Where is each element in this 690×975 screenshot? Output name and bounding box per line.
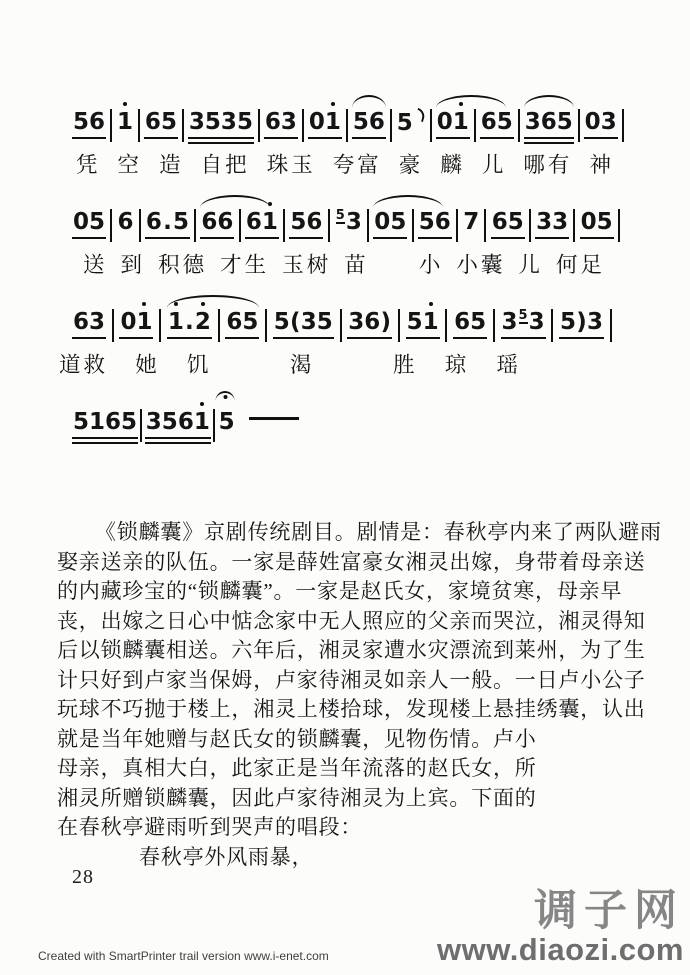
note-text: 51 [406, 309, 440, 339]
note-digit: 6 [306, 209, 322, 235]
paragraph-line: 就是当年她赠与赵氏女的锁麟囊，见物伤情。卢小 [57, 725, 645, 755]
lyric-syllable: 豪 [399, 151, 424, 179]
measure-row: 5616535356301565016536503 [72, 92, 624, 142]
note-text: 53 [334, 209, 363, 237]
note-group: 3561 [145, 409, 211, 439]
note-digit: 0 [374, 209, 390, 235]
lyric-syllable: 玉树 [282, 251, 331, 279]
barline [218, 309, 220, 342]
barline [610, 309, 612, 342]
barline [239, 209, 241, 242]
note-group: 33 [535, 209, 569, 239]
note-group: 53 [334, 209, 363, 237]
barline [182, 109, 184, 142]
note-digit: 5 [242, 309, 258, 335]
note-group: 5(35 [273, 309, 334, 339]
lyric-syllable: 道救 [59, 351, 108, 379]
paragraph-line: 在春秋亭避雨听到哭声的唱段： [57, 813, 645, 843]
note-digit: 1 [194, 409, 210, 435]
note-digit: 5 [353, 109, 369, 135]
note-digit: 0 [309, 109, 325, 135]
lyric-row: 凭空造自把珠玉夸富豪麟儿哪有神 [76, 151, 614, 179]
lyric-syllable: 麟 [440, 151, 465, 179]
page-number: 28 [72, 866, 94, 889]
note-digit: 3 [281, 109, 297, 135]
barline [578, 109, 580, 142]
watermark: 调子网 www.diaozi.com [437, 889, 684, 967]
lyric-syllable: 哪有 [523, 151, 572, 179]
note-group: 353 [501, 309, 546, 339]
note-digit: 6 [178, 409, 194, 435]
note-text: 56 [72, 109, 106, 139]
barline [283, 209, 285, 242]
note-group: 65 [491, 209, 525, 239]
barline [474, 109, 476, 142]
note-group: 05 [72, 209, 106, 239]
paragraph-line: 丧，出嫁之日心中惦念家中无人照应的父亲而哭泣，湘灵得知 [57, 607, 645, 637]
note-digit: ) [576, 309, 587, 335]
note-digit: 0 [437, 109, 453, 135]
note-digit: 3 [502, 309, 518, 335]
barline [340, 309, 342, 342]
note-text: 01 [436, 109, 470, 139]
note-text: 5165 [72, 409, 138, 439]
note-digit: 5 [219, 409, 235, 435]
barline [346, 109, 348, 142]
note-digit: 3 [525, 109, 541, 135]
note-digit: 5 [407, 309, 423, 335]
grace-note: 5 [519, 309, 528, 324]
barline [430, 109, 432, 142]
barline [573, 209, 575, 242]
note-group: 65 [144, 109, 178, 139]
note-text: 66 [200, 209, 234, 239]
lyric-syllable [382, 251, 406, 279]
note-digit: 2 [195, 309, 211, 335]
barline [112, 309, 114, 342]
note-digit: 6 [226, 309, 242, 335]
lyric-syllable [342, 351, 366, 379]
note-group: 01 [436, 109, 470, 139]
note-group: 61 [245, 209, 279, 239]
note-digit: 5 [597, 209, 613, 235]
note-text: 05 [580, 209, 614, 239]
note-digit: 5 [121, 409, 137, 435]
barline [328, 209, 330, 242]
lyric-syllable: 夸富 [333, 151, 382, 179]
note-digit: 6 [454, 309, 470, 335]
note-group: 65 [225, 309, 259, 339]
note-digit: 1 [117, 109, 133, 135]
note-digit: 3 [221, 109, 237, 135]
note-text: 5)3 [559, 309, 604, 339]
note-text: 33 [535, 209, 569, 239]
note-digit: 5 [397, 110, 413, 136]
fermata-icon [216, 391, 235, 401]
note-digit: ) [380, 309, 391, 335]
note-group: 63 [72, 309, 106, 339]
measure-row: 63011.2655(3536)51653535)3 [72, 292, 612, 342]
note-digit: 6 [369, 109, 385, 135]
lyric-syllable: 到 [121, 251, 146, 279]
note-group: 65 [453, 309, 487, 339]
note-digit: 6 [481, 109, 497, 135]
note-digit: 6 [217, 209, 233, 235]
note-group: 03 [584, 109, 618, 139]
barline [110, 109, 112, 142]
barline [493, 309, 495, 342]
note-digit: 6 [145, 109, 161, 135]
lyric-syllable: 小 [419, 251, 444, 279]
note-text: 3535 [188, 109, 254, 139]
note-digit: 3 [348, 309, 364, 335]
note-group: 65 [480, 109, 514, 139]
lyric-syllable: 送 [83, 251, 108, 279]
note-digit: 1 [453, 109, 469, 135]
music-system: 0566.56661565305567653305送到积德才生玉树苗小小囊儿何足 [72, 192, 632, 279]
paragraph-line: 娶亲送亲的队伍。一家是薛姓富豪女湘灵出嫁，身带着母亲送 [57, 548, 645, 578]
lyric-row: 送到积德才生玉树苗小小囊儿何足 [83, 251, 605, 279]
note-digit: 0 [581, 209, 597, 235]
note-digit: 3 [89, 309, 105, 335]
note-group: 1 [116, 109, 134, 137]
note-group: 56 [289, 209, 323, 239]
note-text: 61 [245, 209, 279, 239]
note-digit: 0 [73, 209, 89, 235]
music-system: 5616535356301565016536503凭空造自把珠玉夸富豪麟儿哪有神 [72, 92, 632, 179]
note-text: 05 [72, 209, 106, 239]
note-group: 6.5 [145, 209, 190, 239]
barline [456, 209, 458, 242]
note-group: 365 [524, 109, 574, 139]
note-digit: 5 [73, 409, 89, 435]
note-digit: 5 [390, 209, 406, 235]
note-group: 51 [406, 309, 440, 339]
note-digit: ( [290, 309, 301, 335]
note-digit: 3 [146, 409, 162, 435]
note-text: 365 [524, 109, 574, 139]
note-digit: 5 [89, 209, 105, 235]
note-text: 01 [308, 109, 342, 139]
note-text: 5(35 [273, 309, 334, 339]
barline [110, 209, 112, 242]
lyric-syllable: 苗 [344, 251, 369, 279]
note-group: 5 [218, 409, 236, 437]
barline [618, 209, 620, 242]
note-digit: 1 [168, 309, 184, 335]
note-digit: 6 [105, 409, 121, 435]
paragraph-line: 玩球不巧抛于楼上，湘灵上楼拾球，发现楼上悬挂绣囊，认出 [57, 695, 645, 725]
barline [445, 309, 447, 342]
slide-down-icon [414, 108, 426, 122]
measure-row: 0566.56661565305567653305 [72, 192, 620, 242]
barline [529, 209, 531, 242]
note-digit: 5 [317, 309, 333, 335]
note-text: 5 [396, 109, 426, 138]
note-text: 65 [480, 109, 514, 139]
note-digit: 3 [189, 109, 205, 135]
note-group: 63 [264, 109, 298, 139]
note-digit: 5 [161, 109, 177, 135]
lyric-syllable: 才生 [220, 251, 269, 279]
lyric-syllable: 琼 [445, 351, 470, 379]
note-text: 353 [501, 309, 546, 339]
note-digit: 3 [301, 309, 317, 335]
barline [140, 409, 142, 442]
note-digit: 7 [463, 209, 479, 235]
note-digit: 5 [290, 209, 306, 235]
note-digit: 5 [508, 209, 524, 235]
note-text: 65 [144, 109, 178, 139]
note-digit: 5 [274, 309, 290, 335]
synopsis-paragraph: 《锁麟囊》京剧传统剧目。剧情是：春秋亭内来了两队避雨娶亲送亲的队伍。一家是薛姓富… [57, 518, 645, 872]
lyric-syllable: 儿 [482, 151, 507, 179]
note-text: 56 [418, 209, 452, 239]
barline [258, 109, 260, 142]
grace-note: 5 [336, 209, 345, 224]
paragraph-line: 计只好到卢家当保姆，卢家待湘灵如亲人一般。一日卢小公子 [57, 666, 645, 696]
note-group: 56 [352, 109, 386, 139]
lyric-row: 道救她饥渴胜琼瑶 [59, 351, 521, 379]
barline [412, 209, 414, 242]
lyric-syllable: 瑶 [496, 351, 521, 379]
note-text: 63 [72, 309, 106, 339]
note-digit: 1 [89, 409, 105, 435]
note-digit: 3 [529, 309, 545, 335]
note-digit: 6 [265, 109, 281, 135]
note-text: 7 [462, 209, 480, 237]
barline [398, 309, 400, 342]
note-group: 66 [200, 209, 234, 239]
note-text [238, 409, 300, 437]
note-digit: 1 [136, 309, 152, 335]
lyric-syllable: 积德 [158, 251, 207, 279]
note-digit: 6 [492, 209, 508, 235]
note-group: 36) [347, 309, 392, 339]
barline [551, 309, 553, 342]
note-digit: 5 [557, 109, 573, 135]
note-text: 6 [116, 209, 134, 237]
lyric-syllable: 小囊 [456, 251, 505, 279]
note-text: 05 [373, 209, 407, 239]
barline [390, 109, 392, 142]
note-text: 36) [347, 309, 392, 339]
note-text: 1 [116, 109, 134, 137]
note-group: 5)3 [559, 309, 604, 339]
note-digit: 6 [246, 209, 262, 235]
note-group: 5165 [72, 409, 138, 439]
lyric-syllable: 凭 [76, 151, 101, 179]
note-digit: 5 [497, 109, 513, 135]
watermark-site-name: 调子网 [437, 889, 684, 934]
lyric-syllable: 胜 [393, 351, 418, 379]
note-text: 3561 [145, 409, 211, 439]
barline [367, 209, 369, 242]
barline [194, 209, 196, 242]
note-digit: 5 [470, 309, 486, 335]
measure-row: 516535615 [72, 392, 300, 442]
paragraph-line: 后以锁麟囊相送。六年后，湘灵家遭水灾漂流到莱州，为了生 [57, 636, 645, 666]
paragraph-line: 春秋亭外风雨暴， [57, 843, 645, 873]
paragraph-line: 《锁麟囊》京剧传统剧目。剧情是：春秋亭内来了两队避雨 [57, 518, 645, 548]
note-digit: 5 [237, 109, 253, 135]
note-digit: 1 [262, 209, 278, 235]
note-digit: 6 [435, 209, 451, 235]
lyric-syllable [239, 351, 263, 379]
note-digit: 5 [205, 109, 221, 135]
barline [159, 309, 161, 342]
note-text: 5 [218, 409, 236, 437]
note-text: 1.2 [167, 309, 212, 339]
note-group: 05 [580, 209, 614, 239]
barline [213, 409, 215, 442]
note-digit: 3 [346, 209, 362, 235]
note-text: 65 [453, 309, 487, 339]
note-group: 56 [418, 209, 452, 239]
note-text: 65 [491, 209, 525, 239]
footer-credit: Created with SmartPrinter trail version … [38, 949, 329, 963]
note-digit: 3 [536, 209, 552, 235]
note-digit: 5 [173, 209, 189, 235]
note-text: 56 [352, 109, 386, 139]
note-digit: 6 [146, 209, 162, 235]
note-group [238, 409, 300, 437]
note-digit: 6 [541, 109, 557, 135]
note-digit: 3 [552, 209, 568, 235]
note-digit: 0 [120, 309, 136, 335]
scanned-page: 5616535356301565016536503凭空造自把珠玉夸富豪麟儿哪有神… [0, 0, 690, 975]
note-text: 56 [289, 209, 323, 239]
note-group: 5 [396, 109, 426, 138]
barline [138, 109, 140, 142]
paragraph-line: 湘灵所赠锁麟囊，因此卢家待湘灵为上宾。下面的 [57, 784, 645, 814]
note-group: 3535 [188, 109, 254, 139]
lyric-syllable: 饥 [187, 351, 212, 379]
paragraph-line: 的内藏珍宝的“锁麟囊”。一家是赵氏女，家境贫寒，母亲早 [57, 577, 645, 607]
note-group: 6 [116, 209, 134, 237]
note-digit: 5 [419, 209, 435, 235]
lyric-syllable: 神 [589, 151, 614, 179]
note-group: 01 [119, 309, 153, 339]
note-digit: 3 [601, 109, 617, 135]
barline [484, 209, 486, 242]
lyric-syllable: 她 [135, 351, 160, 379]
note-text: 65 [225, 309, 259, 339]
note-digit: 5 [560, 309, 576, 335]
note-digit: 1 [423, 309, 439, 335]
note-digit: 6 [89, 109, 105, 135]
note-digit: 3 [587, 309, 603, 335]
note-group: 05 [373, 209, 407, 239]
lyric-syllable: 自把 [201, 151, 250, 179]
music-section: 5616535356301565016536503凭空造自把珠玉夸富豪麟儿哪有神… [72, 92, 632, 455]
note-digit: . [184, 309, 195, 335]
note-digit: 6 [73, 309, 89, 335]
barline [139, 209, 141, 242]
note-digit: 6 [201, 209, 217, 235]
music-system: 516535615 [72, 392, 632, 442]
barline [518, 109, 520, 142]
lyric-syllable: 儿 [518, 251, 543, 279]
music-system: 63011.2655(3536)51653535)3道救她饥渴胜琼瑶 [72, 292, 632, 379]
lyric-syllable: 珠玉 [267, 151, 316, 179]
note-group: 56 [72, 109, 106, 139]
note-digit: 6 [364, 309, 380, 335]
note-text: 03 [584, 109, 618, 139]
note-text: 63 [264, 109, 298, 139]
note-group: 01 [308, 109, 342, 139]
note-text: 01 [119, 309, 153, 339]
note-digit: . [162, 209, 173, 235]
note-group: 1.2 [167, 309, 212, 339]
note-digit: 1 [325, 109, 341, 135]
watermark-site-url: www.diaozi.com [437, 934, 684, 967]
note-digit: 6 [117, 209, 133, 235]
lyric-syllable: 造 [159, 151, 184, 179]
paragraph-line: 母亲，真相大白，此家正是当年流落的赵氏女，所 [57, 754, 645, 784]
note-digit: 0 [585, 109, 601, 135]
note-digit: 5 [73, 109, 89, 135]
note-digit: 5 [162, 409, 178, 435]
note-group: 7 [462, 209, 480, 237]
lyric-syllable: 空 [118, 151, 143, 179]
barline [265, 309, 267, 342]
barline [622, 109, 624, 142]
note-text: 6.5 [145, 209, 190, 239]
held-note-dash [249, 417, 299, 420]
lyric-syllable: 渴 [290, 351, 315, 379]
barline [302, 109, 304, 142]
lyric-syllable: 何足 [556, 251, 605, 279]
